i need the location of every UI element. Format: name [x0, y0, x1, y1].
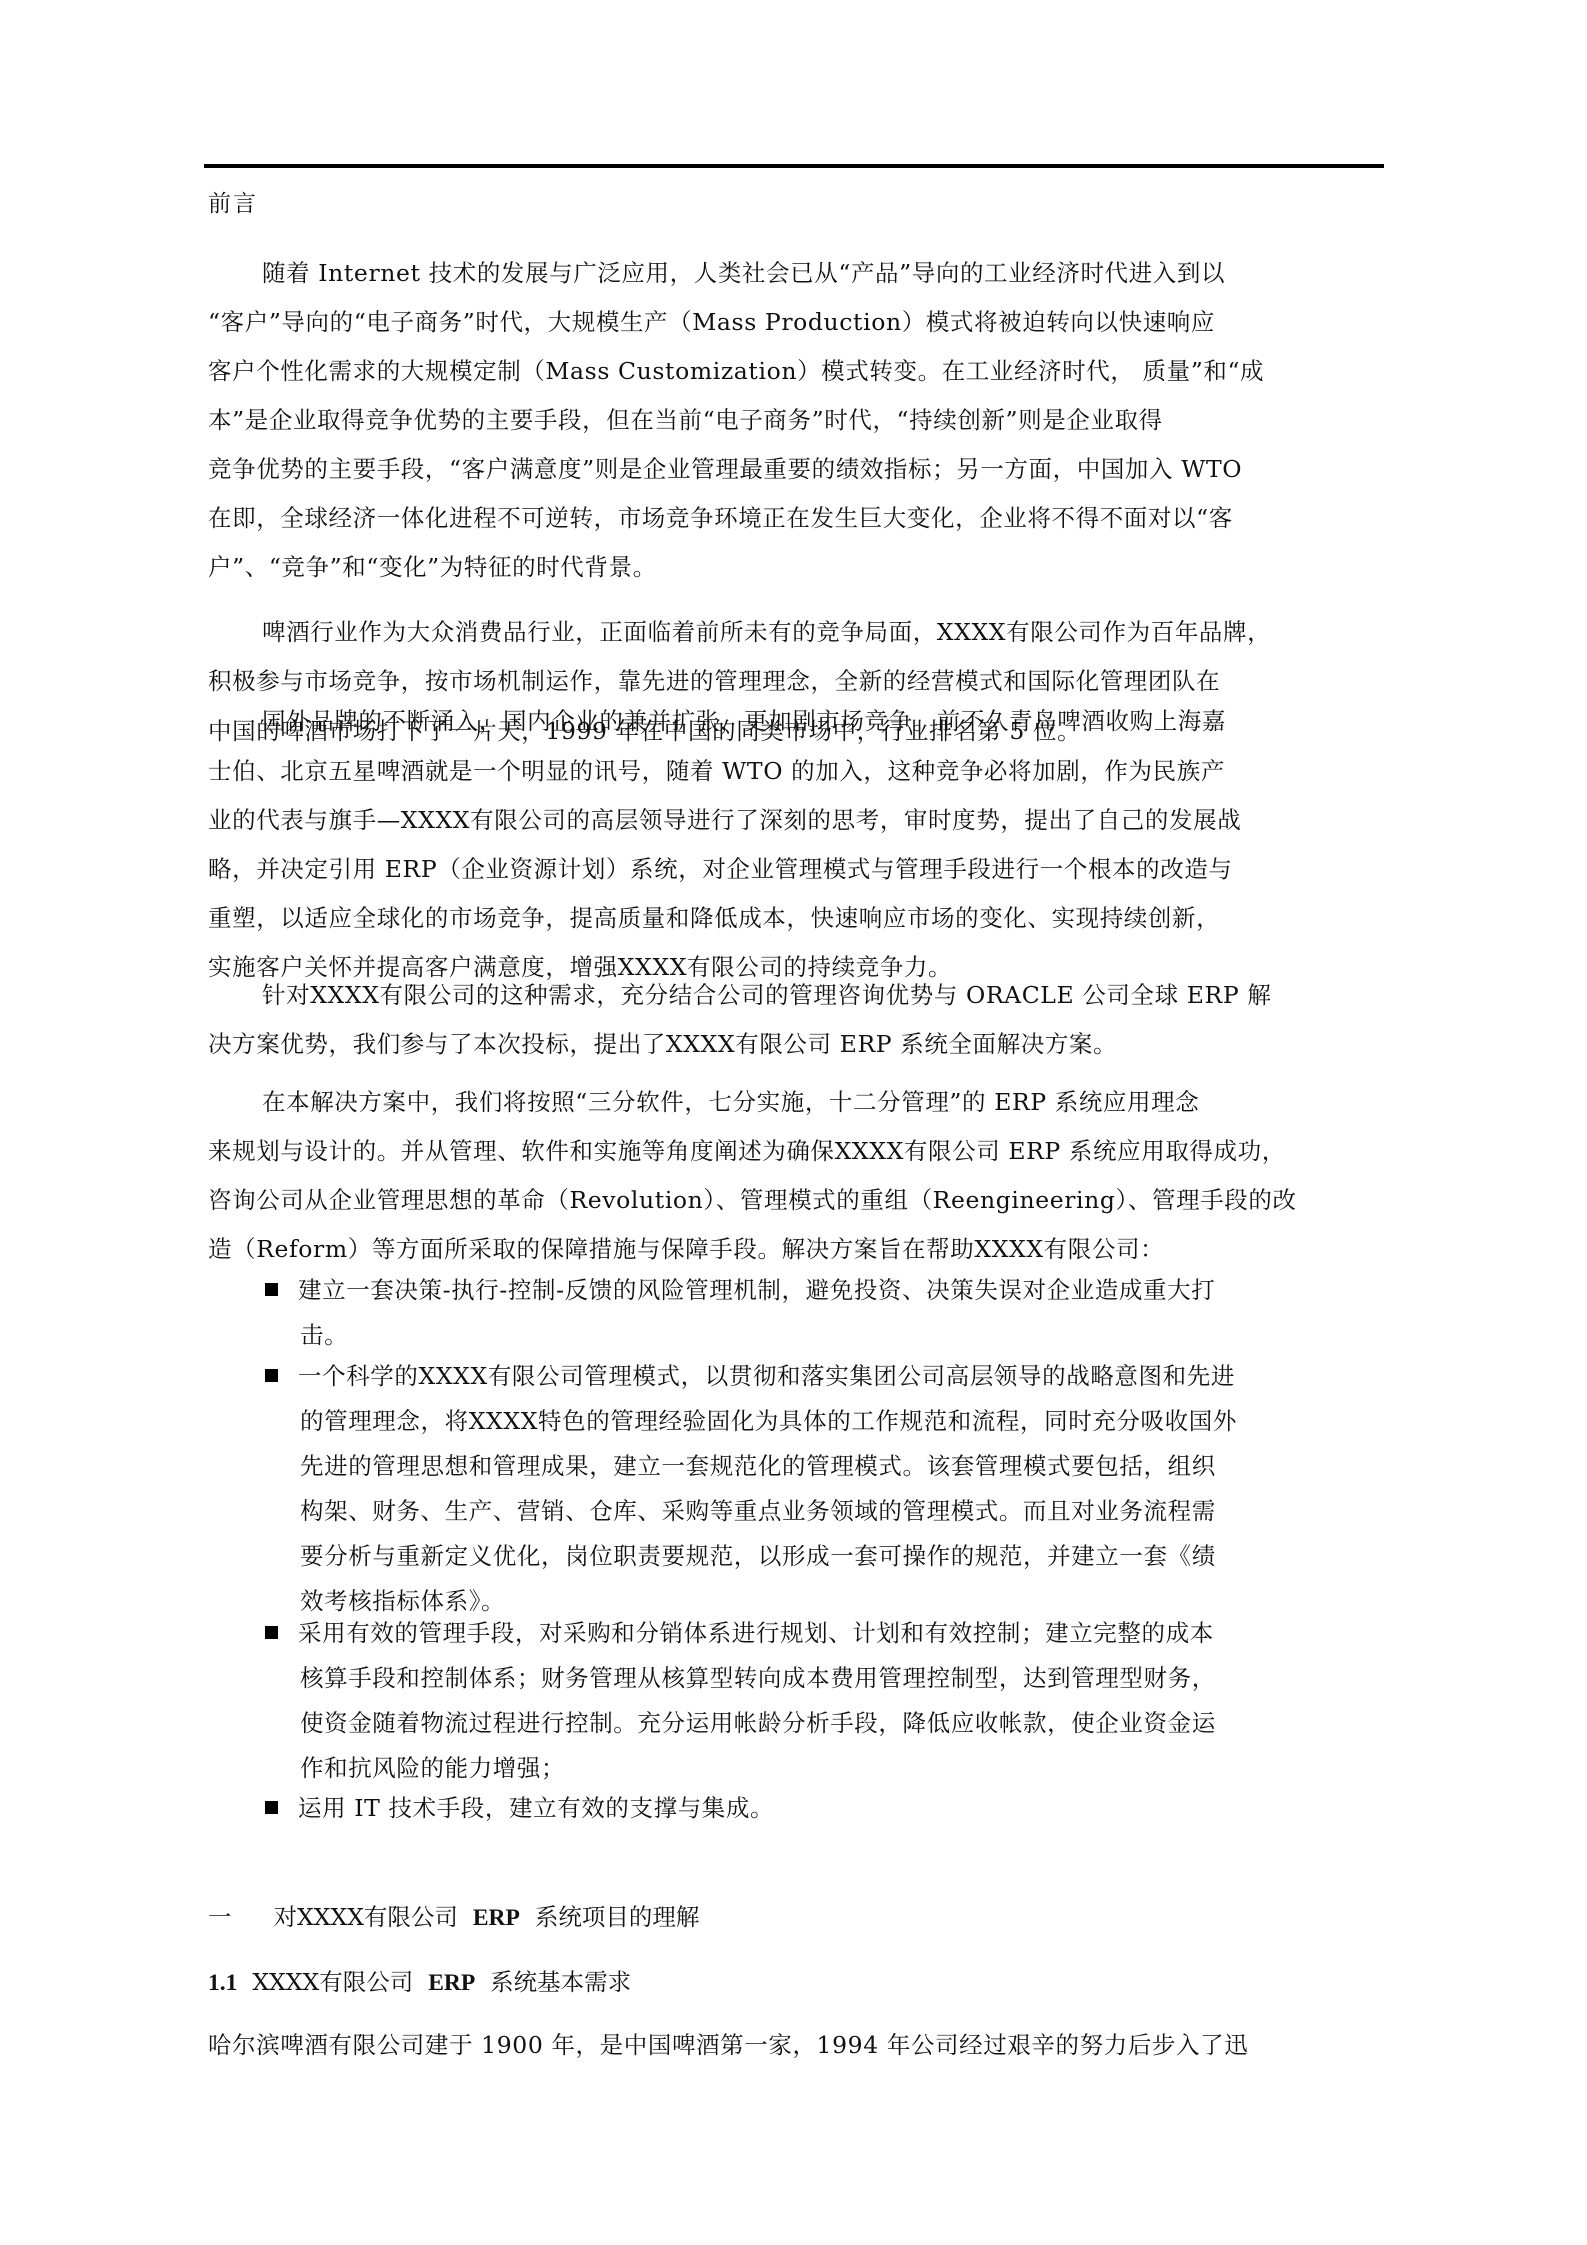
text-line: 采用有效的管理手段，对采购和分销体系进行规划、计划和有效控制；建立完整的成本 — [298, 1618, 1214, 1648]
section-number: 一 — [208, 1903, 232, 1931]
text-line: 客户个性化需求的大规模定制（Mass Customization）模式转变。在工… — [208, 356, 1264, 386]
text-line: 决方案优势，我们参与了本次投标，提出了XXXX有限公司 ERP 系统全面解决方案… — [208, 1029, 1117, 1059]
text-line: 在本解决方案中，我们将按照“三分软件，七分实施，十二分管理”的 ERP 系统应用… — [262, 1087, 1199, 1117]
text-line: 竞争优势的主要手段，“客户满意度”则是企业管理最重要的绩效指标；另一方面，中国加… — [208, 454, 1242, 484]
text-line: 积极参与市场竞争，按市场机制运作，靠先进的管理理念，全新的经营模式和国际化管理团… — [208, 666, 1220, 696]
text-line: 士伯、北京五星啤酒就是一个明显的讯号，随着 WTO 的加入，这种竞争必将加剧，作… — [208, 756, 1225, 786]
square-bullet-icon — [265, 1283, 278, 1296]
text-line: 核算手段和控制体系；财务管理从核算型转向成本费用管理控制型，达到管理型财务， — [300, 1663, 1216, 1693]
text-line: 咨询公司从企业管理思想的革命（Revolution）、管理模式的重组（Reeng… — [208, 1185, 1297, 1215]
text-line: 业的代表与旗手—XXXX有限公司的高层领导进行了深刻的思考，审时度势，提出了自己… — [208, 805, 1241, 835]
square-bullet-icon — [265, 1369, 278, 1382]
preface-title: 前言 — [208, 189, 258, 219]
square-bullet-icon — [265, 1801, 278, 1814]
section-title-bold: ERP — [473, 1905, 520, 1931]
text-line: 一个科学的XXXX有限公司管理模式，以贯彻和落实集团公司高层领导的战略意图和先进 — [298, 1361, 1235, 1391]
text-line: 略，并决定引用 ERP（企业资源计划）系统，对企业管理模式与管理手段进行一个根本… — [208, 854, 1233, 884]
text-line: 重塑，以适应全球化的市场竞争，提高质量和降低成本，快速响应市场的变化、实现持续创… — [208, 903, 1220, 933]
text-line: 使资金随着物流过程进行控制。充分运用帐龄分析手段，降低应收帐款，使企业资金运 — [300, 1708, 1216, 1738]
text-line: 造（Reform）等方面所采取的保障措施与保障手段。解决方案旨在帮助XXXX有限… — [208, 1234, 1164, 1264]
text-line: 户”、“竞争”和“变化”为特征的时代背景。 — [208, 552, 657, 582]
square-bullet-icon — [265, 1626, 278, 1639]
text-line: 建立一套决策-执行-控制-反馈的风险管理机制，避免投资、决策失误对企业造成重大打 — [298, 1275, 1215, 1305]
text-line: 实施客户关怀并提高客户满意度，增强XXXX有限公司的持续竞争力。 — [208, 952, 952, 982]
subsection-title-suffix: 系统基本需求 — [490, 1968, 631, 1996]
body-text-line: 哈尔滨啤酒有限公司建于 1900 年，是中国啤酒第一家，1994 年公司经过艰辛… — [208, 2030, 1248, 2060]
text-line: 构架、财务、生产、营销、仓库、采购等重点业务领域的管理模式。而且对业务流程需 — [300, 1496, 1216, 1526]
text-line: 运用 IT 技术手段，建立有效的支撑与集成。 — [298, 1793, 774, 1823]
subsection-heading: 1.1 XXXX有限公司 ERP 系统基本需求 — [208, 1967, 631, 1998]
text-line: 击。 — [300, 1320, 348, 1350]
document-page: 前言 随着 Internet 技术的发展与广泛应用，人类社会已从“产品”导向的工… — [0, 0, 1587, 2245]
text-line: 的管理理念，将XXXX特色的管理经验固化为具体的工作规范和流程，同时充分吸收国外 — [300, 1406, 1237, 1436]
text-line: 针对XXXX有限公司的这种需求，充分结合公司的管理咨询优势与 ORACLE 公司… — [262, 980, 1271, 1010]
text-line: 效考核指标体系》。 — [300, 1586, 505, 1616]
text-line: 先进的管理思想和管理成果，建立一套规范化的管理模式。该套管理模式要包括，组织 — [300, 1451, 1216, 1481]
section-heading: 一对XXXX有限公司 ERP 系统项目的理解 — [208, 1902, 699, 1933]
text-line: “客户”导向的“电子商务”时代，大规模生产（Mass Production）模式… — [208, 307, 1215, 337]
text-line: 要分析与重新定义优化，岗位职责要规范，以形成一套可操作的规范，并建立一套《绩 — [300, 1541, 1216, 1571]
text-line: 本”是企业取得竞争优势的主要手段，但在当前“电子商务”时代，“持续创新”则是企业… — [208, 405, 1163, 435]
section-title-suffix: 系统项目的理解 — [535, 1903, 700, 1931]
text-line: 来规划与设计的。并从管理、软件和实施等角度阐述为确保XXXX有限公司 ERP 系… — [208, 1136, 1286, 1166]
text-line: 啤酒行业作为大众消费品行业，正面临着前所未有的竞争局面，XXXX有限公司作为百年… — [262, 617, 1271, 647]
header-rule — [204, 164, 1384, 168]
text-line: 国外品牌的不断涌入，国内企业的兼并扩张，更加剧市场竞争。前不久青岛啤酒收购上海嘉 — [262, 706, 1226, 736]
subsection-title-prefix: XXXX有限公司 — [252, 1968, 413, 1996]
text-line: 作和抗风险的能力增强； — [300, 1753, 565, 1783]
text-line: 在即，全球经济一体化进程不可逆转，市场竞争环境正在发生巨大变化，企业将不得不面对… — [208, 503, 1233, 533]
section-title-prefix: 对XXXX有限公司 — [274, 1903, 458, 1931]
subsection-title-bold: ERP — [428, 1970, 475, 1996]
text-line: 随着 Internet 技术的发展与广泛应用，人类社会已从“产品”导向的工业经济… — [262, 258, 1225, 288]
subsection-number: 1.1 — [208, 1970, 237, 1996]
